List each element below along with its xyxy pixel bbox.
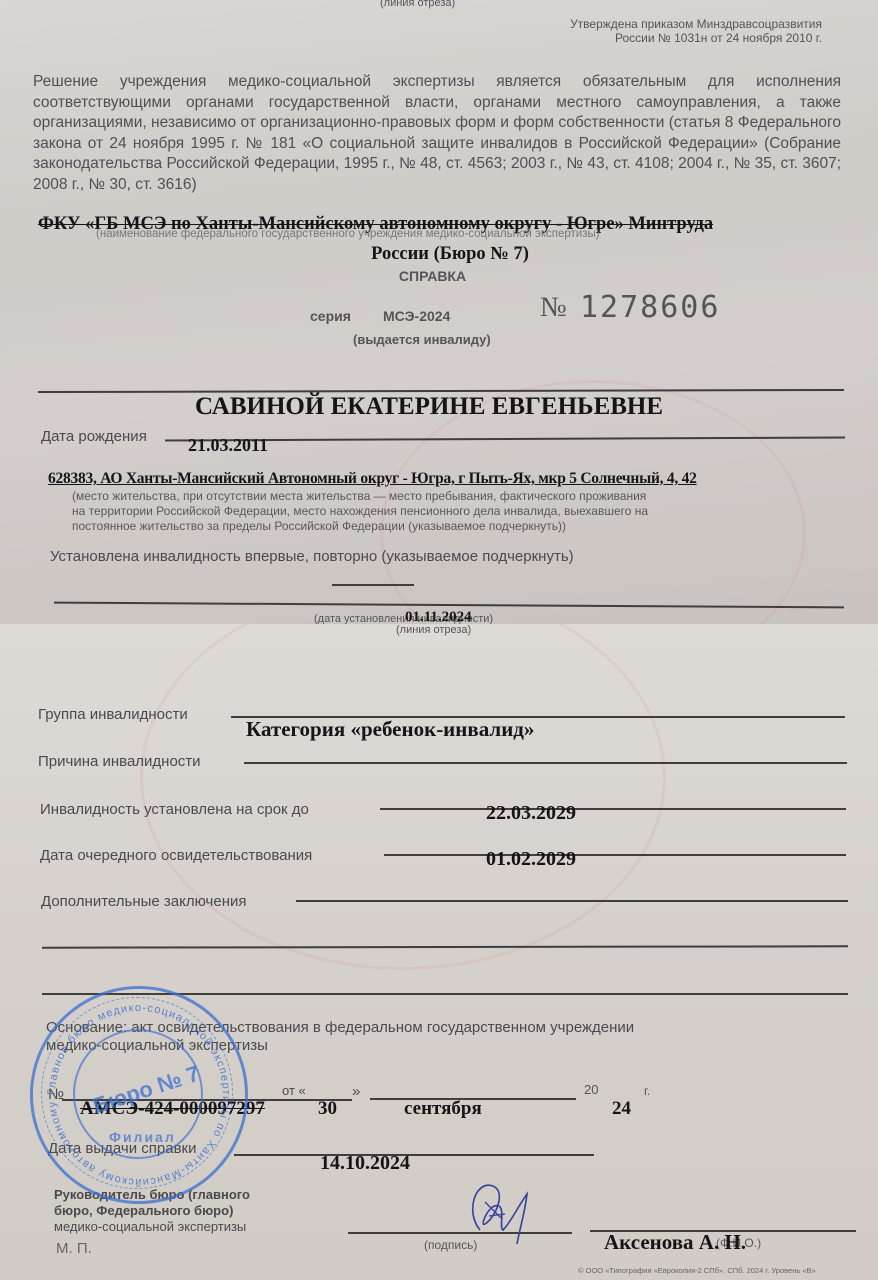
next-exam-label: Дата очередного освидетельствования [40,847,312,864]
cut-line-label-middle: (линия отреза) [396,624,471,636]
address-caption-line-1: (место жительства, при отсутствии места … [72,489,648,504]
group-value: Категория «ребенок-инвалид» [246,717,534,742]
term-label: Инвалидность установлена на срок до [40,801,309,818]
issued-to-caption: (выдается инвалиду) [353,332,491,347]
approval-line-1: Утверждена приказом Минздравсоцразвития [570,17,822,31]
next-exam-value: 01.02.2029 [486,848,576,871]
certificate-top-part: (линия отреза) Утверждена приказом Минзд… [0,0,878,624]
group-label: Группа инвалидности [38,706,188,723]
institution-name-line2: России (Бюро № 7) [0,244,878,265]
established-date-value: 01.11.2024 [405,609,472,624]
printer-imprint: © ООО «Типография «Евроколия-2 СПб». СПб… [578,1266,816,1275]
legal-notice: Решение учреждения медико-социальной экс… [33,72,841,195]
additional-line-1 [296,900,848,902]
signer-name: Аксенова А. Н. [604,1230,746,1255]
certificate-bottom-part: (линия отреза) Группа инвалидности Катег… [0,624,878,1280]
basis-year-prefix: 20 [584,1082,598,1097]
established-label: Установлена инвалидность впервые, повтор… [50,548,574,565]
address-caption-line-2: на территории Российской Федерации, мест… [72,504,648,519]
issue-date-value: 14.10.2024 [320,1152,410,1175]
head-label-line-3: медико-социальной экспертизы [54,1219,250,1235]
established-underline [332,584,414,586]
stamp-bottom-text: Филиал [109,1129,176,1145]
issue-date-line [234,1154,594,1156]
cause-line [244,762,847,764]
next-exam-line [384,854,846,856]
basis-month: сентября [404,1098,482,1120]
certificate-number: 1278606 [580,290,720,325]
official-stamp: Главное бюро медико-социальной экспертиз… [30,986,248,1204]
term-value: 22.03.2029 [486,802,576,825]
seal-label: М. П. [56,1240,92,1257]
address-caption-line-3: постоянное жительство за пределы Российс… [72,519,648,534]
cut-line-label-top: (линия отреза) [380,0,455,9]
birth-date-label: Дата рождения [41,428,147,445]
approval-line-2: России № 1031н от 24 ноября 2010 г. [570,31,822,45]
series-label: серия [310,308,351,324]
signature-scribble-icon [455,1172,555,1252]
basis-year-unit: г. [644,1084,650,1098]
watermark-decoration [140,624,666,970]
additional-label: Дополнительные заключения [41,893,246,910]
series-value: МСЭ-2024 [383,308,450,324]
person-full-name: САВИНОЙ ЕКАТЕРИНЕ ЕВГЕНЬЕВНЕ [195,393,663,421]
head-label-line-2: бюро, Федерального бюро) [54,1203,250,1219]
basis-quote-close: » [352,1083,360,1100]
certificate-title: СПРАВКА [0,268,865,284]
approval-note: Утверждена приказом Минздравсоцразвития … [570,17,822,45]
cause-label: Причина инвалидности [38,753,201,770]
birth-date-value: 21.03.2011 [188,435,268,456]
basis-year-suffix: 24 [612,1098,631,1120]
basis-from-label: от « [282,1083,306,1098]
address-value: 628383, АО Ханты-Мансийский Автономный о… [48,470,697,488]
institution-caption: (наименование федерального государственн… [96,228,600,240]
term-line [380,808,846,810]
number-sign: № [540,292,567,324]
address-caption: (место жительства, при отсутствии места … [72,489,648,534]
basis-day: 30 [318,1098,337,1120]
